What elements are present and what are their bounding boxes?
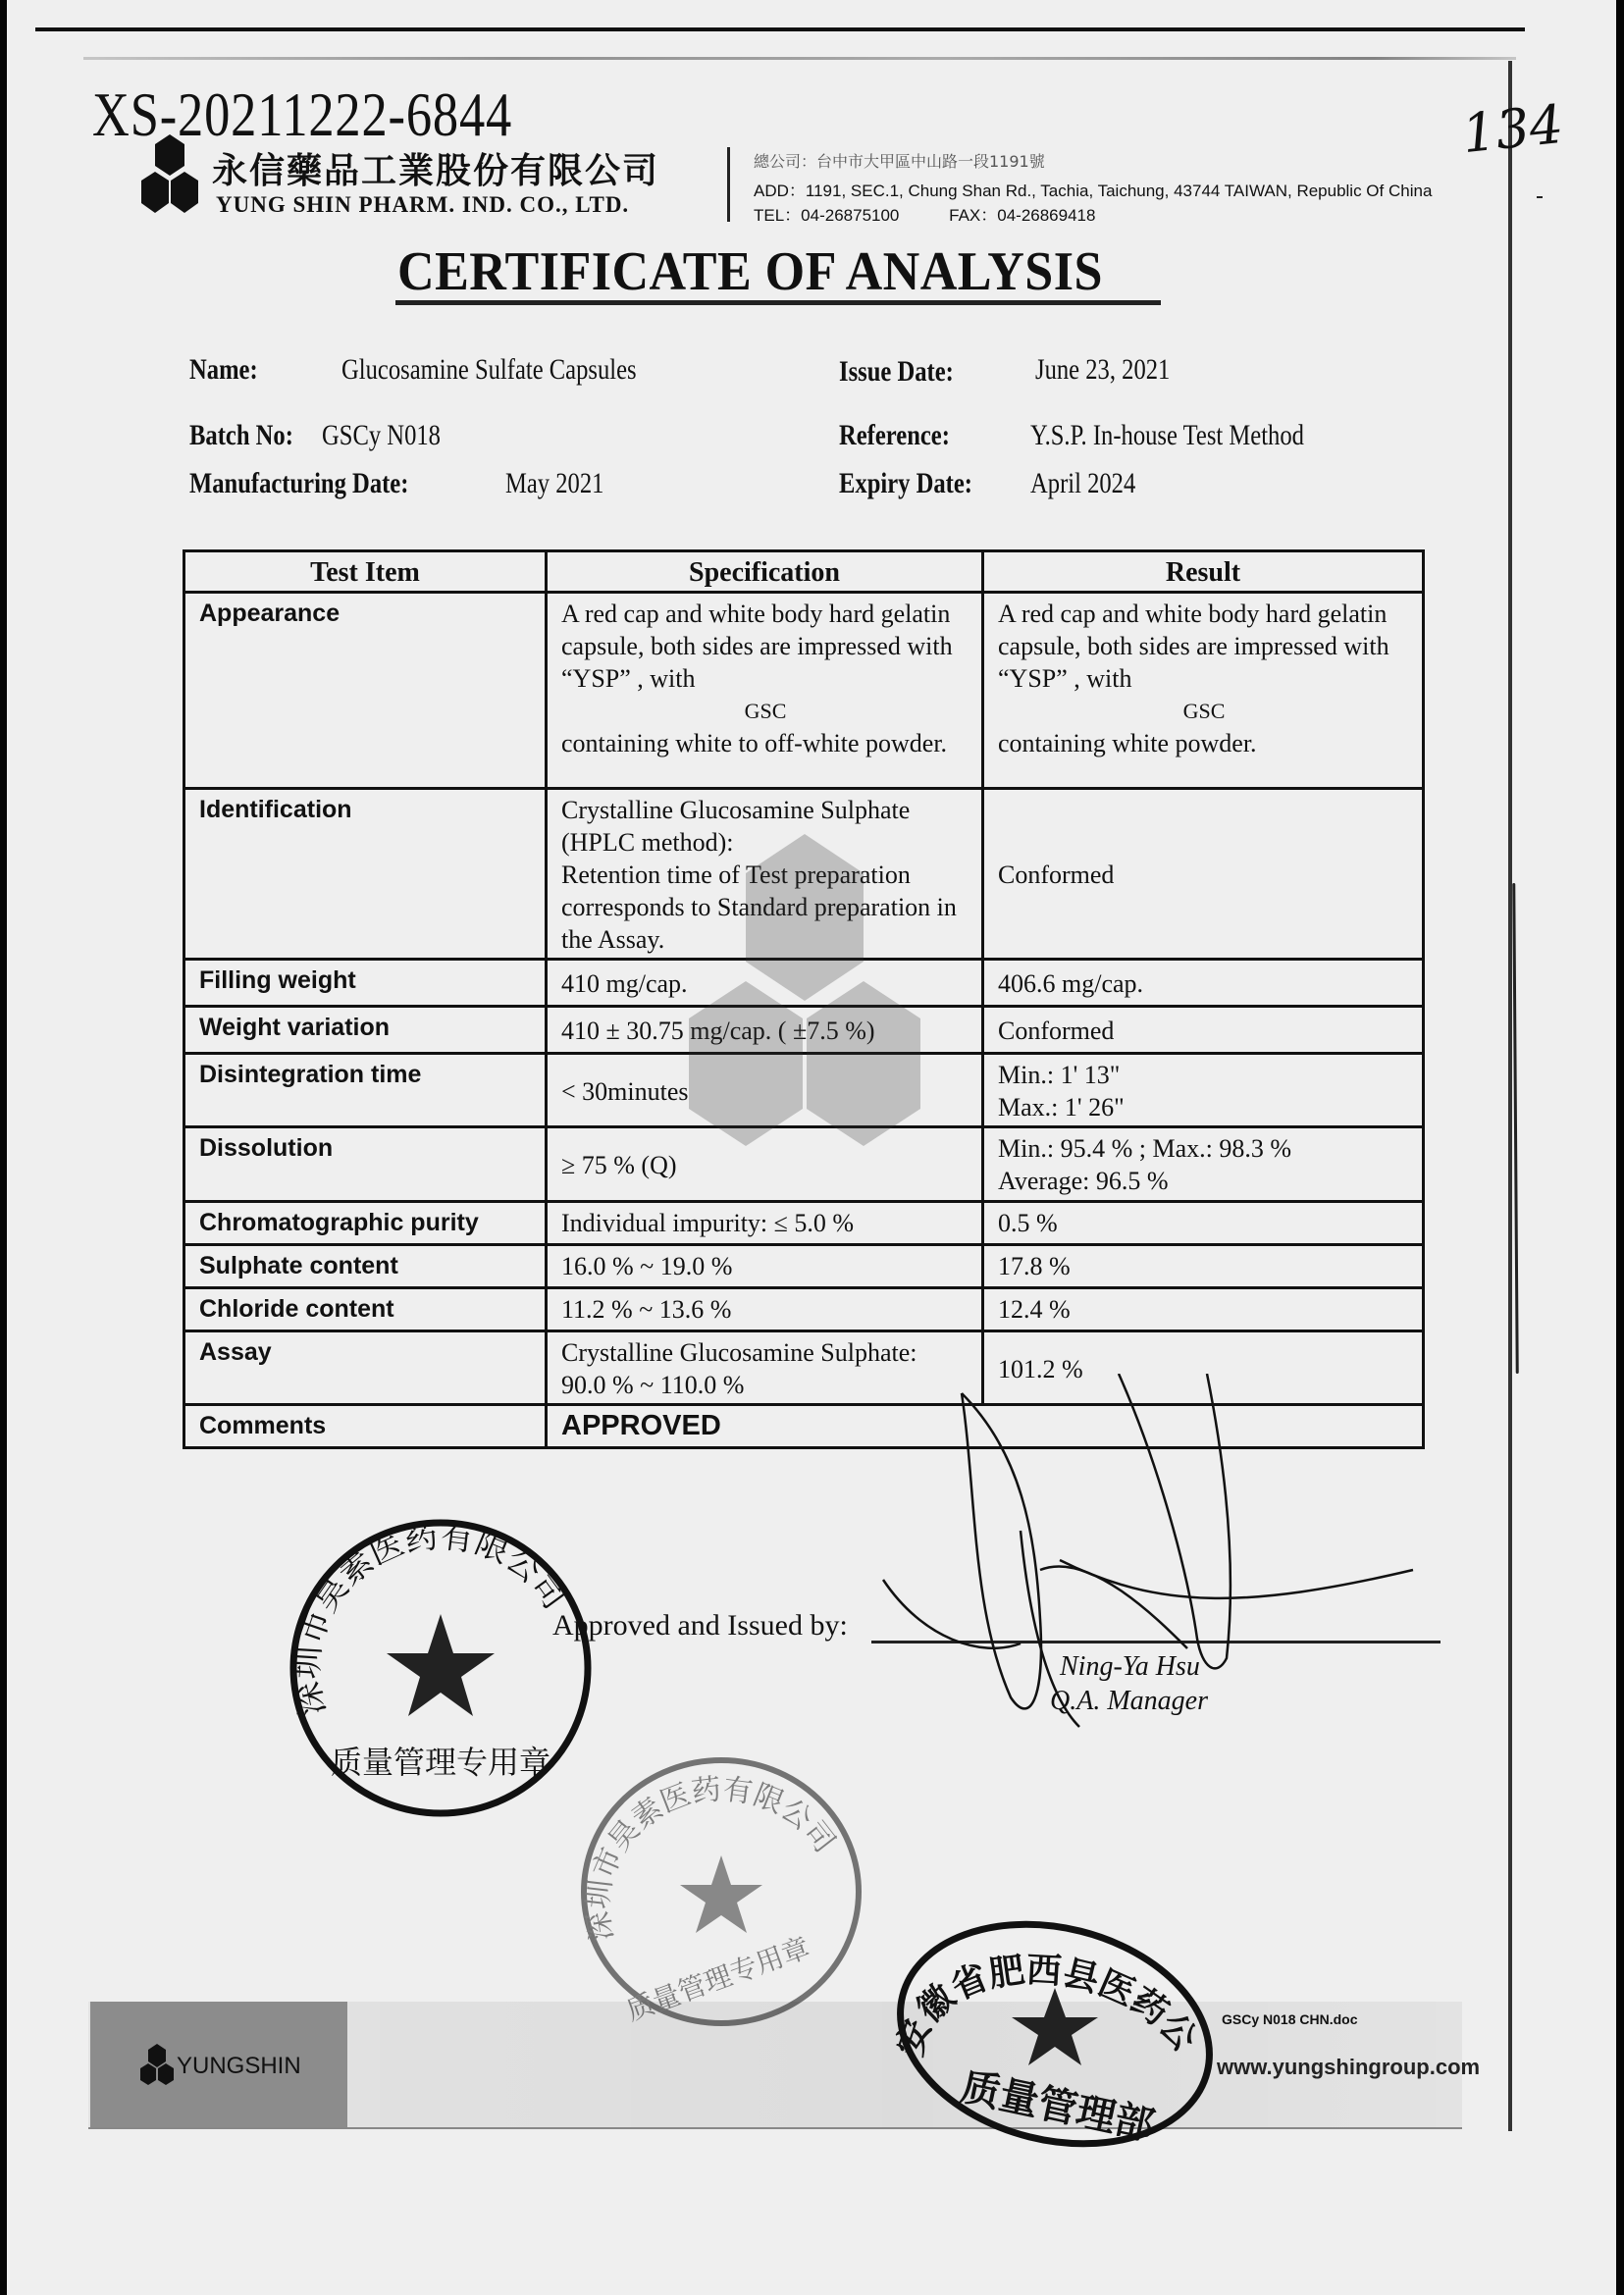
capsule-imprint-mark: GSC [998, 695, 1410, 727]
title-underline [395, 300, 1161, 305]
test-item: Appearance [184, 593, 547, 789]
result-cell: Conformed [983, 1007, 1424, 1054]
header-divider [727, 147, 730, 222]
issue-date-label-wrap: Issue Date: [839, 355, 979, 389]
test-item: Weight variation [184, 1007, 547, 1054]
footer-logo-text: YUNGSHIN [177, 2053, 301, 2080]
product-name-field: Name: [189, 353, 273, 387]
test-item: Comments [184, 1405, 547, 1448]
margin-pen-line [1512, 883, 1518, 1374]
stamp-bottom-text: 质量管理部 [957, 2064, 1158, 2150]
handwritten-page-note: 134 [1459, 93, 1566, 165]
faded-seal-stamp: 深圳市昊素医药有限公司 质量管理专用章 [574, 1752, 868, 2032]
specification-cell: 11.2 % ~ 13.6 % [547, 1288, 983, 1331]
reference-value-wrap: Y.S.P. In-house Test Method [1030, 419, 1364, 452]
result-line: Min.: 1' 13" [998, 1059, 1410, 1091]
specification-text: A red cap and white body hard gelatin ca… [561, 600, 953, 693]
product-name-value-wrap: Glucosamine Sulfate Capsules [341, 353, 702, 387]
table-row: Sulphate content 16.0 % ~ 19.0 % 17.8 % [184, 1245, 1424, 1288]
table-row: Chloride content 11.2 % ~ 13.6 % 12.4 % [184, 1288, 1424, 1331]
expiry-value-wrap: April 2024 [1030, 467, 1159, 500]
right-margin-rule [1508, 61, 1512, 2131]
manufacturing-date-value: May 2021 [505, 467, 603, 500]
header-rule [83, 57, 1516, 60]
table-header-row: Test Item Specification Result [184, 551, 1424, 593]
reference-value: Y.S.P. In-house Test Method [1030, 419, 1304, 452]
issue-date-value-wrap: June 23, 2021 [1035, 353, 1200, 387]
result-text-tail: containing white powder. [998, 729, 1257, 757]
telephone: TEL：04-26875100 [754, 201, 899, 226]
result-cell: A red cap and white body hard gelatin ca… [983, 593, 1424, 789]
column-header-test-item: Test Item [184, 551, 547, 593]
result-line: Min.: 95.4 % ; Max.: 98.3 % [998, 1132, 1410, 1165]
result-cell: 406.6 mg/cap. [983, 960, 1424, 1007]
result-cell: 12.4 % [983, 1288, 1424, 1331]
address-chinese: 總公司：台中市大甲區中山路一段1191號 [754, 149, 1045, 172]
watermark-logo-icon [657, 824, 952, 1148]
specification-cell: 16.0 % ~ 19.0 % [547, 1245, 983, 1288]
footer-website-link[interactable]: www.yungshingroup.com [1217, 2055, 1480, 2080]
footer-logo-icon [137, 2043, 177, 2086]
result-cell: Min.: 95.4 % ; Max.: 98.3 % Average: 96.… [983, 1127, 1424, 1202]
specification-cell: Individual impurity: ≤ 5.0 % [547, 1202, 983, 1245]
name-label: Name: [189, 353, 258, 387]
company-seal-stamp: 深圳市昊素医药有限公司 质量管理专用章 [287, 1516, 596, 1820]
address-english: ADD：1191, SEC.1, Chung Shan Rd., Tachia,… [754, 177, 1432, 201]
expiry-date-label: Expiry Date: [839, 467, 972, 500]
specification-line: Crystalline Glucosamine Sulphate: [561, 1336, 969, 1369]
footer-file-name: GSCy N018 CHN.doc [1222, 2011, 1357, 2027]
result-cell: Conformed [983, 789, 1424, 960]
column-header-result: Result [983, 551, 1424, 593]
mfg-value-wrap: May 2021 [505, 467, 626, 500]
test-item: Assay [184, 1331, 547, 1405]
department-seal-stamp: 安徽省肥西县医药公司 质量管理部 [888, 1911, 1222, 2157]
result-line: Average: 96.5 % [998, 1165, 1410, 1197]
specification-text-tail: containing white to off-white powder. [561, 729, 947, 757]
reference-label-wrap: Reference: [839, 419, 974, 452]
result-cell: 17.8 % [983, 1245, 1424, 1288]
reference-label: Reference: [839, 419, 950, 452]
company-name-chinese: 永信藥品工業股份有限公司 [212, 143, 659, 193]
handwritten-signature [864, 1374, 1472, 1737]
test-item: Sulphate content [184, 1245, 547, 1288]
company-logo-icon [137, 132, 202, 221]
company-name-english: YUNG SHIN PHARM. IND. CO., LTD. [216, 192, 629, 218]
test-item: Disintegration time [184, 1054, 547, 1127]
table-row: Appearance A red cap and white body hard… [184, 593, 1424, 789]
product-name-value: Glucosamine Sulfate Capsules [341, 353, 637, 387]
test-item: Filling weight [184, 960, 547, 1007]
mfg-label-wrap: Manufacturing Date: [189, 467, 456, 500]
approval-label: Approved and Issued by: [552, 1609, 848, 1643]
manufacturing-date-label: Manufacturing Date: [189, 467, 408, 500]
issue-date-value: June 23, 2021 [1035, 353, 1170, 387]
result-cell: 0.5 % [983, 1202, 1424, 1245]
result-cell: Min.: 1' 13" Max.: 1' 26" [983, 1054, 1424, 1127]
contact-line: TEL：04-26875100 FAX：04-26869418 [754, 201, 1140, 226]
batch-value-wrap: GSCy N018 [322, 419, 467, 452]
fax: FAX：04-26869418 [949, 201, 1095, 226]
page-title: CERTIFICATE OF ANALYSIS [397, 240, 1103, 303]
top-rule [35, 27, 1525, 31]
expiry-label-wrap: Expiry Date: [839, 467, 1002, 500]
issue-date-label: Issue Date: [839, 355, 954, 389]
result-text: A red cap and white body hard gelatin ca… [998, 600, 1389, 693]
batch-label: Batch No: [189, 419, 293, 452]
specification-cell: A red cap and white body hard gelatin ca… [547, 593, 983, 789]
capsule-imprint-mark: GSC [561, 695, 969, 727]
batch-value: GSCy N018 [322, 419, 441, 452]
batch-label-wrap: Batch No: [189, 419, 316, 452]
scan-edge-left [0, 0, 7, 2295]
expiry-date-value: April 2024 [1030, 467, 1135, 500]
result-line: Max.: 1' 26" [998, 1091, 1410, 1123]
test-item: Dissolution [184, 1127, 547, 1202]
test-item: Chloride content [184, 1288, 547, 1331]
margin-mark [1537, 196, 1543, 198]
stamp-bottom-text: 质量管理专用章 [331, 1744, 550, 1781]
test-item: Chromatographic purity [184, 1202, 547, 1245]
scan-edge-right [1616, 0, 1624, 2295]
table-row: Chromatographic purity Individual impuri… [184, 1202, 1424, 1245]
column-header-specification: Specification [547, 551, 983, 593]
test-item: Identification [184, 789, 547, 960]
